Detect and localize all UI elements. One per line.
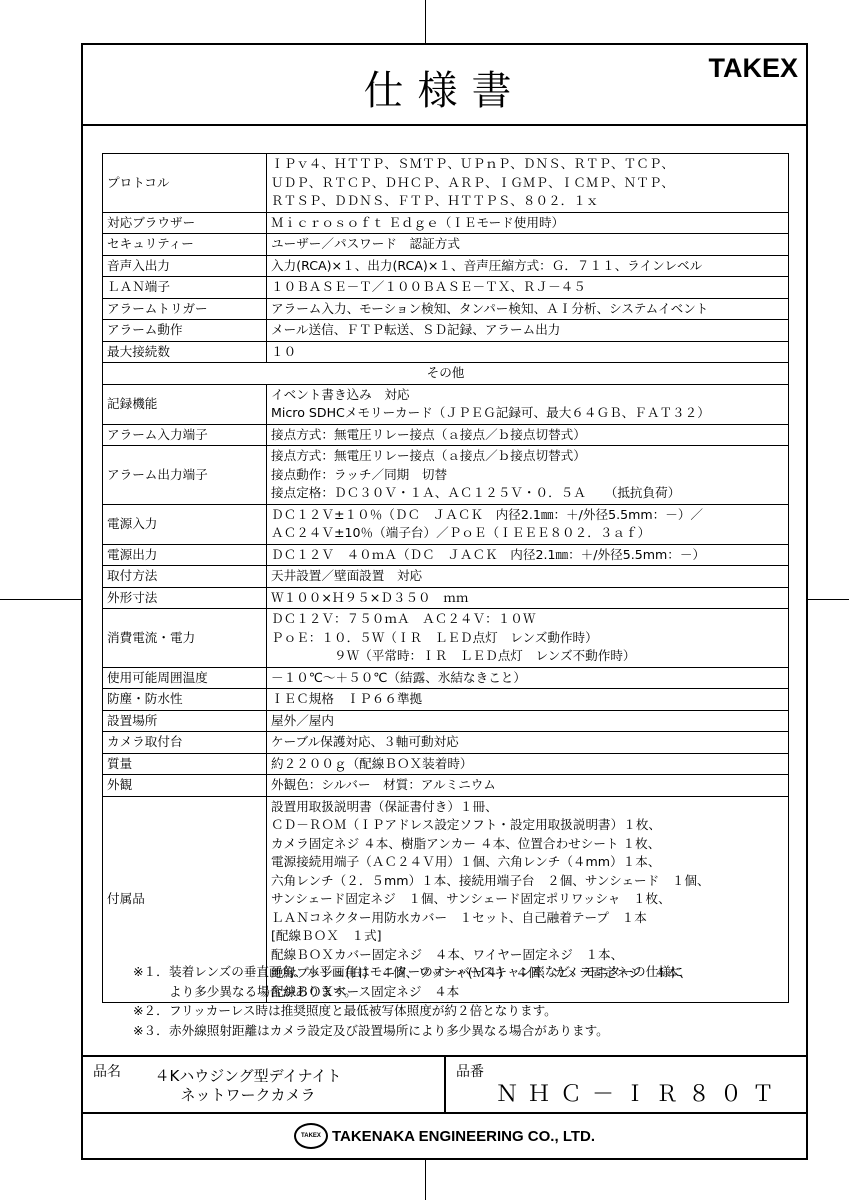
brand-logo: TAKEX: [708, 53, 798, 84]
crop-mark-left: [0, 599, 81, 600]
row-value: Ｗ１００×Ｈ９５×Ｄ３５０ ｍｍ: [267, 587, 789, 609]
value-line: 接点動作：ラッチ／同期 切替: [271, 466, 784, 485]
value-line: ユーザー／パスワード 認証方式: [271, 235, 784, 254]
value-line: ＤＣ１２Ｖ ４０ｍＡ（ＤＣ ＪＡＣＫ 内径2.1㎜：＋/外径5.5mm：－）: [271, 546, 784, 565]
row-label: 使用可能周囲温度: [103, 667, 267, 689]
product-row: 品名 ４Kハウジング型デイナイト ネットワークカメラ 品番 ＮＨＣ－ＩＲ８０Ｔ: [83, 1057, 806, 1114]
note-mark: ※３．: [133, 1021, 169, 1041]
row-label: セキュリティー: [103, 234, 267, 256]
company-row: TAKEX TAKENAKA ENGINEERING CO., LTD.: [83, 1114, 806, 1158]
row-label: カメラ取付台: [103, 732, 267, 754]
row-value: メール送信、ＦＴＰ転送、ＳＤ記録、アラーム出力: [267, 320, 789, 342]
value-line: －１０℃～＋５０℃（結露、氷結なきこと）: [271, 669, 784, 688]
row-label: プロトコル: [103, 154, 267, 213]
note-text: 赤外線照射距離はカメラ設定及び設置場所により多少異なる場合があります。: [169, 1021, 609, 1041]
value-line: ＬＡＮコネクター用防水カバー １セット、自己融着テープ １本: [271, 909, 784, 928]
note-mark: ※２．: [133, 1001, 169, 1021]
value-line: サンシェード固定ネジ １個、サンシェード固定ポリワッシャ １枚、: [271, 890, 784, 909]
value-line: カメラ固定ネジ ４本、樹脂アンカー ４本、位置合わせシート １枚、: [271, 835, 784, 854]
value-line: 六角レンチ（２．５mm）１本、接続用端子台 ２個、サンシェード １個、: [271, 872, 784, 891]
value-line: 接点方式：無電圧リレー接点（ａ接点／ｂ接点切替式）: [271, 447, 784, 466]
value-line: 接点定格：ＤＣ３０Ｖ・１Ａ、ＡＣ１２５Ｖ・０．５Ａ （抵抗負荷）: [271, 484, 784, 503]
row-value: ケーブル保護対応、３軸可動対応: [267, 732, 789, 754]
table-row: 対応ブラウザーＭｉｃｒｏｓｏｆｔ Ｅｄｇｅ（ＩＥモード使用時）: [103, 212, 789, 234]
note-text-line: より多少異なる場合があります。: [169, 982, 683, 1002]
value-line: 屋外／屋内: [271, 712, 784, 731]
note: ※１．装着レンズの垂直画角、水平画角はモニターのオーバースキャン率など、モニター…: [133, 962, 683, 1001]
table-row: アラーム入力端子接点方式：無電圧リレー接点（ａ接点／ｂ接点切替式）: [103, 424, 789, 446]
product-number: ＮＨＣ－ＩＲ８０Ｔ: [496, 1077, 784, 1108]
value-line: Micro SDHCメモリーカード（ＪＰＥＧ記録可、最大６４ＧＢ、ＦＡＴ３２）: [271, 404, 784, 423]
notes: ※１．装着レンズの垂直画角、水平画角はモニターのオーバースキャン率など、モニター…: [133, 962, 683, 1040]
value-line: 天井設置／壁面設置 対応: [271, 567, 784, 586]
table-row: 外観外観色：シルバー 材質：アルミニウム: [103, 775, 789, 797]
value-line: ケーブル保護対応、３軸可動対応: [271, 733, 784, 752]
row-value: 入力(RCA)×１、出力(RCA)×１、音声圧縮方式：Ｇ．７１１、ラインレベル: [267, 255, 789, 277]
table-row: 最大接続数１０: [103, 341, 789, 363]
note-text: フリッカーレス時は推奨照度と最低被写体照度が約２倍となります。: [169, 1001, 557, 1021]
value-line: 外観色：シルバー 材質：アルミニウム: [271, 776, 784, 795]
row-label: 質量: [103, 753, 267, 775]
product-name-line1: ４Kハウジング型デイナイト: [138, 1067, 358, 1086]
value-line: 接点方式：無電圧リレー接点（ａ接点／ｂ接点切替式）: [271, 426, 784, 445]
crop-mark-top: [425, 0, 426, 43]
row-value: アラーム入力、モーション検知、タンパー検知、ＡＩ分析、システムイベント: [267, 298, 789, 320]
row-label: 設置場所: [103, 710, 267, 732]
value-line: [配線ＢＯＸ １式]: [271, 927, 784, 946]
note: ※２．フリッカーレス時は推奨照度と最低被写体照度が約２倍となります。: [133, 1001, 683, 1021]
table-row: アラームトリガーアラーム入力、モーション検知、タンパー検知、ＡＩ分析、システムイ…: [103, 298, 789, 320]
value-line: メール送信、ＦＴＰ転送、ＳＤ記録、アラーム出力: [271, 321, 784, 340]
table-row: 質量約２２００ｇ（配線ＢＯＸ装着時）: [103, 753, 789, 775]
value-line: １０ＢＡＳＥ－Ｔ／１００ＢＡＳＥ－ＴＸ、ＲＪ－４５: [271, 278, 784, 297]
value-line: Ｗ１００×Ｈ９５×Ｄ３５０ ｍｍ: [271, 589, 784, 608]
table-row: 外形寸法Ｗ１００×Ｈ９５×Ｄ３５０ ｍｍ: [103, 587, 789, 609]
table-row: アラーム出力端子接点方式：無電圧リレー接点（ａ接点／ｂ接点切替式）接点動作：ラッ…: [103, 446, 789, 505]
table-row: アラーム動作メール送信、ＦＴＰ転送、ＳＤ記録、アラーム出力: [103, 320, 789, 342]
row-label: 消費電流・電力: [103, 609, 267, 668]
section-other: その他: [103, 363, 789, 385]
row-value: 接点方式：無電圧リレー接点（ａ接点／ｂ接点切替式）接点動作：ラッチ／同期 切替接…: [267, 446, 789, 505]
row-value: ＤＣ１２Ｖ：７５０ｍＡ ＡＣ２４Ｖ：１０ＷＰｏＥ：１０．５Ｗ（ＩＲ ＬＥＤ点灯 …: [267, 609, 789, 668]
row-label: 対応ブラウザー: [103, 212, 267, 234]
row-value: イベント書き込み 対応Micro SDHCメモリーカード（ＪＰＥＧ記録可、最大６…: [267, 384, 789, 424]
row-label: アラーム入力端子: [103, 424, 267, 446]
row-value: ユーザー／パスワード 認証方式: [267, 234, 789, 256]
row-label: アラームトリガー: [103, 298, 267, 320]
table-row: プロトコルＩＰｖ４、ＨＴＴＰ、ＳＭＴＰ、ＵＰｎＰ、ＤＮＳ、ＲＴＰ、ＴＣＰ、ＵＤＰ…: [103, 154, 789, 213]
value-line: 入力(RCA)×１、出力(RCA)×１、音声圧縮方式：Ｇ．７１１、ラインレベル: [271, 257, 784, 276]
row-label: ＬＡＮ端子: [103, 277, 267, 299]
product-number-caption: 品番: [456, 1061, 484, 1081]
value-line: ＡＣ２４Ｖ±10％（端子台）／ＰｏＥ（ＩＥＥＥ８０２．３ａｆ）: [271, 524, 784, 543]
row-value: 接点方式：無電圧リレー接点（ａ接点／ｂ接点切替式）: [267, 424, 789, 446]
row-value: Ｍｉｃｒｏｓｏｆｔ Ｅｄｇｅ（ＩＥモード使用時）: [267, 212, 789, 234]
value-line: 電源接続用端子（ＡＣ２４Ｖ用）１個、六角レンチ（４mm）１本、: [271, 853, 784, 872]
row-value: １０: [267, 341, 789, 363]
table-row: 記録機能イベント書き込み 対応Micro SDHCメモリーカード（ＪＰＥＧ記録可…: [103, 384, 789, 424]
note-text-line: 赤外線照射距離はカメラ設定及び設置場所により多少異なる場合があります。: [169, 1021, 609, 1041]
product-name-caption: 品名: [93, 1061, 121, 1081]
row-label: アラーム出力端子: [103, 446, 267, 505]
row-value: －１０℃～＋５０℃（結露、氷結なきこと）: [267, 667, 789, 689]
row-label: 電源入力: [103, 504, 267, 544]
spec-table: プロトコルＩＰｖ４、ＨＴＴＰ、ＳＭＴＰ、ＵＰｎＰ、ＤＮＳ、ＲＴＰ、ＴＣＰ、ＵＤＰ…: [102, 153, 789, 1003]
row-value: 外観色：シルバー 材質：アルミニウム: [267, 775, 789, 797]
value-line: ９Ｗ（平常時：ＩＲ ＬＥＤ点灯 レンズ不動作時）: [271, 647, 784, 666]
value-line: ＲＴＳＰ、ＤＤＮＳ、ＦＴＰ、ＨＴＴＰＳ、８０２．１ｘ: [271, 192, 784, 211]
table-row: カメラ取付台ケーブル保護対応、３軸可動対応: [103, 732, 789, 754]
row-label: 電源出力: [103, 544, 267, 566]
value-line: Ｍｉｃｒｏｓｏｆｔ Ｅｄｇｅ（ＩＥモード使用時）: [271, 214, 784, 233]
table-row: 音声入出力入力(RCA)×１、出力(RCA)×１、音声圧縮方式：Ｇ．７１１、ライ…: [103, 255, 789, 277]
row-label: 外観: [103, 775, 267, 797]
row-value: 約２２００ｇ（配線ＢＯＸ装着時）: [267, 753, 789, 775]
value-line: ＣＤ－ＲＯＭ（ＩＰアドレス設定ソフト・設定用取扱説明書）１枚、: [271, 816, 784, 835]
table-row: 電源出力ＤＣ１２Ｖ ４０ｍＡ（ＤＣ ＪＡＣＫ 内径2.1㎜：＋/外径5.5mm：…: [103, 544, 789, 566]
value-line: ＩＥＣ規格 ＩＰ６６準拠: [271, 690, 784, 709]
row-label: アラーム動作: [103, 320, 267, 342]
product-name: ４Kハウジング型デイナイト ネットワークカメラ: [138, 1067, 358, 1105]
row-label: 音声入出力: [103, 255, 267, 277]
title-block: 品名 ４Kハウジング型デイナイト ネットワークカメラ 品番 ＮＨＣ－ＩＲ８０Ｔ …: [83, 1055, 806, 1158]
row-value: 天井設置／壁面設置 対応: [267, 566, 789, 588]
table-row: 設置場所屋外／屋内: [103, 710, 789, 732]
row-value: ＤＣ１２Ｖ±１０％（ＤＣ ＪＡＣＫ 内径2.1㎜：＋/外径5.5mm：－）／ＡＣ…: [267, 504, 789, 544]
row-value: ＩＥＣ規格 ＩＰ６６準拠: [267, 689, 789, 711]
row-label: 最大接続数: [103, 341, 267, 363]
row-label: 取付方法: [103, 566, 267, 588]
document-frame: 仕様書 TAKEX プロトコルＩＰｖ４、ＨＴＴＰ、ＳＭＴＰ、ＵＰｎＰ、ＤＮＳ、Ｒ…: [81, 43, 808, 1160]
value-line: アラーム入力、モーション検知、タンパー検知、ＡＩ分析、システムイベント: [271, 300, 784, 319]
product-name-line2: ネットワークカメラ: [138, 1086, 358, 1105]
value-line: 約２２００ｇ（配線ＢＯＸ装着時）: [271, 755, 784, 774]
value-line: 設置用取扱説明書（保証書付き）１冊、: [271, 798, 784, 817]
crop-mark-right: [808, 599, 849, 600]
row-value: １０ＢＡＳＥ－Ｔ／１００ＢＡＳＥ－ＴＸ、ＲＪ－４５: [267, 277, 789, 299]
note-text-line: フリッカーレス時は推奨照度と最低被写体照度が約２倍となります。: [169, 1001, 557, 1021]
value-line: ＤＣ１２Ｖ±１０％（ＤＣ ＪＡＣＫ 内径2.1㎜：＋/外径5.5mm：－）／: [271, 506, 784, 525]
product-number-cell: 品番 ＮＨＣ－ＩＲ８０Ｔ: [446, 1057, 806, 1112]
section-header-row: その他: [103, 363, 789, 385]
value-line: ＰｏＥ：１０．５Ｗ（ＩＲ ＬＥＤ点灯 レンズ動作時）: [271, 629, 784, 648]
row-value: ＤＣ１２Ｖ ４０ｍＡ（ＤＣ ＪＡＣＫ 内径2.1㎜：＋/外径5.5mm：－）: [267, 544, 789, 566]
row-label: 記録機能: [103, 384, 267, 424]
takex-circle-logo-icon: TAKEX: [294, 1123, 328, 1149]
table-row: 防塵・防水性ＩＥＣ規格 ＩＰ６６準拠: [103, 689, 789, 711]
value-line: イベント書き込み 対応: [271, 386, 784, 405]
note-text-line: 装着レンズの垂直画角、水平画角はモニターのオーバースキャン率など、モニターの仕様…: [169, 962, 683, 982]
table-row: 消費電流・電力ＤＣ１２Ｖ：７５０ｍＡ ＡＣ２４Ｖ：１０ＷＰｏＥ：１０．５Ｗ（ＩＲ…: [103, 609, 789, 668]
value-line: ＤＣ１２Ｖ：７５０ｍＡ ＡＣ２４Ｖ：１０Ｗ: [271, 610, 784, 629]
row-label: 防塵・防水性: [103, 689, 267, 711]
note-mark: ※１．: [133, 962, 169, 1001]
note: ※３．赤外線照射距離はカメラ設定及び設置場所により多少異なる場合があります。: [133, 1021, 683, 1041]
page-title: 仕様書: [83, 59, 806, 116]
row-value: ＩＰｖ４、ＨＴＴＰ、ＳＭＴＰ、ＵＰｎＰ、ＤＮＳ、ＲＴＰ、ＴＣＰ、ＵＤＰ、ＲＴＣＰ…: [267, 154, 789, 213]
note-text: 装着レンズの垂直画角、水平画角はモニターのオーバースキャン率など、モニターの仕様…: [169, 962, 683, 1001]
company-name: TAKENAKA ENGINEERING CO., LTD.: [332, 1128, 595, 1145]
table-row: ＬＡＮ端子１０ＢＡＳＥ－Ｔ／１００ＢＡＳＥ－ＴＸ、ＲＪ－４５: [103, 277, 789, 299]
value-line: ＩＰｖ４、ＨＴＴＰ、ＳＭＴＰ、ＵＰｎＰ、ＤＮＳ、ＲＴＰ、ＴＣＰ、: [271, 155, 784, 174]
table-row: 使用可能周囲温度－１０℃～＋５０℃（結露、氷結なきこと）: [103, 667, 789, 689]
table-row: 取付方法天井設置／壁面設置 対応: [103, 566, 789, 588]
title-row: 仕様書 TAKEX: [83, 45, 806, 126]
value-line: ＵＤＰ、ＲＴＣＰ、ＤＨＣＰ、ＡＲＰ、ＩＧＭＰ、ＩＣＭＰ、ＮＴＰ、: [271, 174, 784, 193]
table-row: セキュリティーユーザー／パスワード 認証方式: [103, 234, 789, 256]
row-value: 屋外／屋内: [267, 710, 789, 732]
row-label: 外形寸法: [103, 587, 267, 609]
table-row: 電源入力ＤＣ１２Ｖ±１０％（ＤＣ ＪＡＣＫ 内径2.1㎜：＋/外径5.5mm：－…: [103, 504, 789, 544]
value-line: １０: [271, 343, 784, 362]
crop-mark-bottom: [425, 1160, 426, 1200]
product-name-cell: 品名 ４Kハウジング型デイナイト ネットワークカメラ: [83, 1057, 446, 1112]
